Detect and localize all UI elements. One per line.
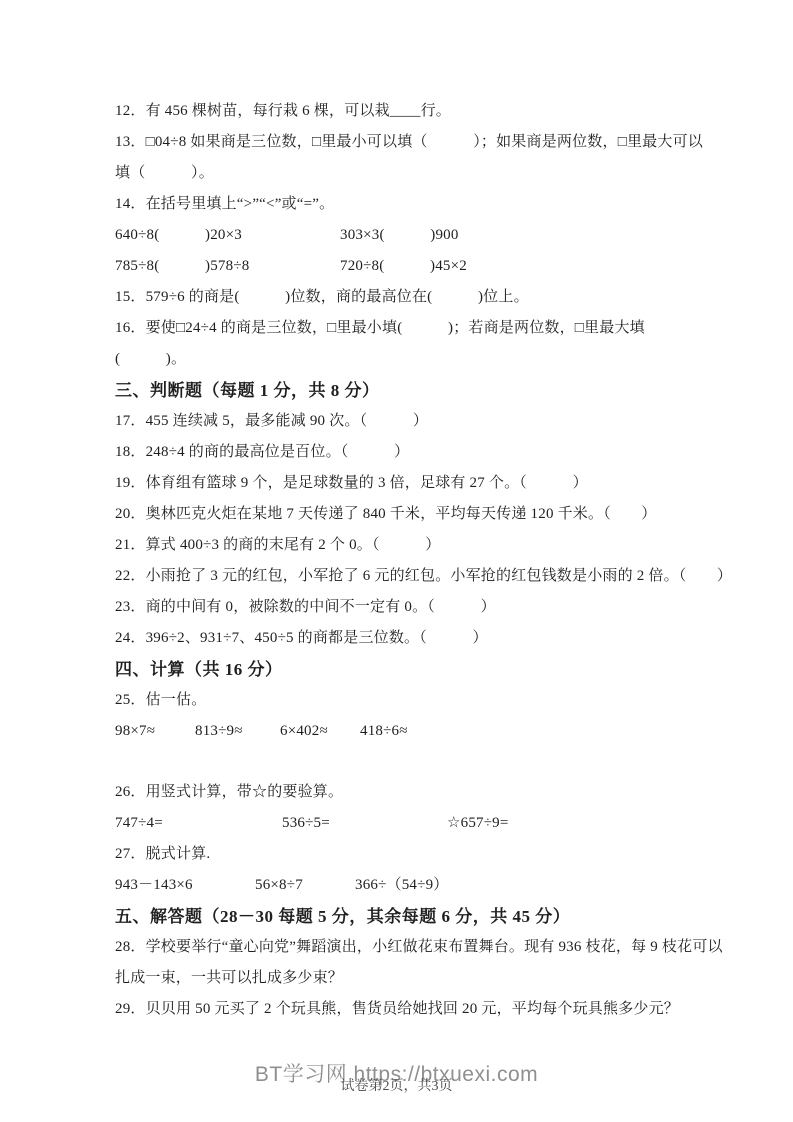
question-27: 27．脱式计算. (115, 839, 695, 870)
question-16-line-1: 16．要使□24÷4 的商是三位数，□里最小填( )；若商是两位数，□里最大填 (115, 313, 695, 344)
question-17: 17．455 连续减 5，最多能减 90 次。（ ） (115, 406, 695, 437)
question-16-line-2: ( )。 (115, 344, 695, 375)
question-23: 23．商的中间有 0，被除数的中间不一定有 0。（ ） (115, 592, 695, 623)
question-18: 18．248÷4 的商的最高位是百位。（ ） (115, 437, 695, 468)
question-27-row: 943－143×6 56×8÷7 366÷（54÷9） (115, 870, 695, 901)
question-15: 15．579÷6 的商是( )位数，商的最高位在( )位上。 (115, 282, 695, 313)
question-20: 20．奥林匹克火炬在某地 7 天传递了 840 千米，平均每天传递 120 千米… (115, 499, 695, 530)
question-22: 22．小雨抢了 3 元的红包，小军抢了 6 元的红包。小军抢的红包钱数是小雨的 … (115, 561, 695, 592)
page-number-info: 试卷第2页，共3页 (0, 1075, 793, 1095)
step-calc-expression: 366÷（54÷9） (355, 870, 448, 901)
estimate-expression: 98×7≈ (115, 716, 195, 747)
page-footer: BT学习网 https://btxuexi.com 试卷第2页，共3页 (0, 1052, 793, 1112)
compare-expression: 303×3( )900 (340, 220, 459, 251)
estimate-expression: 813÷9≈ (195, 716, 280, 747)
exam-content: 12．有 456 棵树苗，每行栽 6 棵，可以栽____行。 13．□04÷8 … (115, 96, 695, 1025)
step-calc-expression: 943－143×6 (115, 870, 255, 901)
question-26-row: 747÷4= 536÷5= ☆657÷9= (115, 808, 695, 839)
estimate-expression: 6×402≈ (280, 716, 360, 747)
compare-expression: 785÷8( )578÷8 (115, 251, 340, 282)
question-13-line-2: 填（ ）。 (115, 158, 695, 189)
question-28-line-2: 扎成一束，一共可以扎成多少束？ (115, 963, 695, 994)
estimate-expression: 418÷6≈ (360, 716, 408, 747)
compare-expression: 720÷8( )45×2 (340, 251, 467, 282)
compare-expression: 640÷8( )20×3 (115, 220, 340, 251)
question-14-row-2: 785÷8( )578÷8 720÷8( )45×2 (115, 251, 695, 282)
section-heading-calc: 四、计算（共 16 分） (115, 654, 695, 685)
question-25-row: 98×7≈ 813÷9≈ 6×402≈ 418÷6≈ (115, 716, 695, 747)
question-14-row-1: 640÷8( )20×3 303×3( )900 (115, 220, 695, 251)
question-19: 19．体育组有篮球 9 个，是足球数量的 3 倍，足球有 27 个。（ ） (115, 468, 695, 499)
question-12: 12．有 456 棵树苗，每行栽 6 棵，可以栽____行。 (115, 96, 695, 127)
question-25: 25．估一估。 (115, 685, 695, 716)
question-29: 29．贝贝用 50 元买了 2 个玩具熊，售货员给她找回 20 元，平均每个玩具… (115, 994, 695, 1025)
question-21: 21．算式 400÷3 的商的末尾有 2 个 0。（ ） (115, 530, 695, 561)
column-calc-expression: ☆657÷9= (447, 808, 509, 839)
section-heading-solve: 五、解答题（28－30 每题 5 分，其余每题 6 分，共 45 分） (115, 901, 695, 932)
question-24: 24．396÷2、931÷7、450÷5 的商都是三位数。（ ） (115, 623, 695, 654)
question-28-line-1: 28．学校要举行“童心向党”舞蹈演出，小红做花束布置舞台。现有 936 枝花，每… (115, 932, 695, 963)
column-calc-expression: 536÷5= (282, 808, 447, 839)
question-26: 26．用竖式计算，带☆的要验算。 (115, 777, 695, 808)
section-heading-judge: 三、判断题（每题 1 分，共 8 分） (115, 375, 695, 406)
step-calc-expression: 56×8÷7 (255, 870, 355, 901)
exam-page: 12．有 456 棵树苗，每行栽 6 棵，可以栽____行。 13．□04÷8 … (0, 0, 793, 1122)
column-calc-expression: 747÷4= (115, 808, 282, 839)
question-13-line-1: 13．□04÷8 如果商是三位数，□里最小可以填（ ）；如果商是两位数，□里最大… (115, 127, 695, 158)
question-14: 14．在括号里填上“>”“<”或“=”。 (115, 189, 695, 220)
